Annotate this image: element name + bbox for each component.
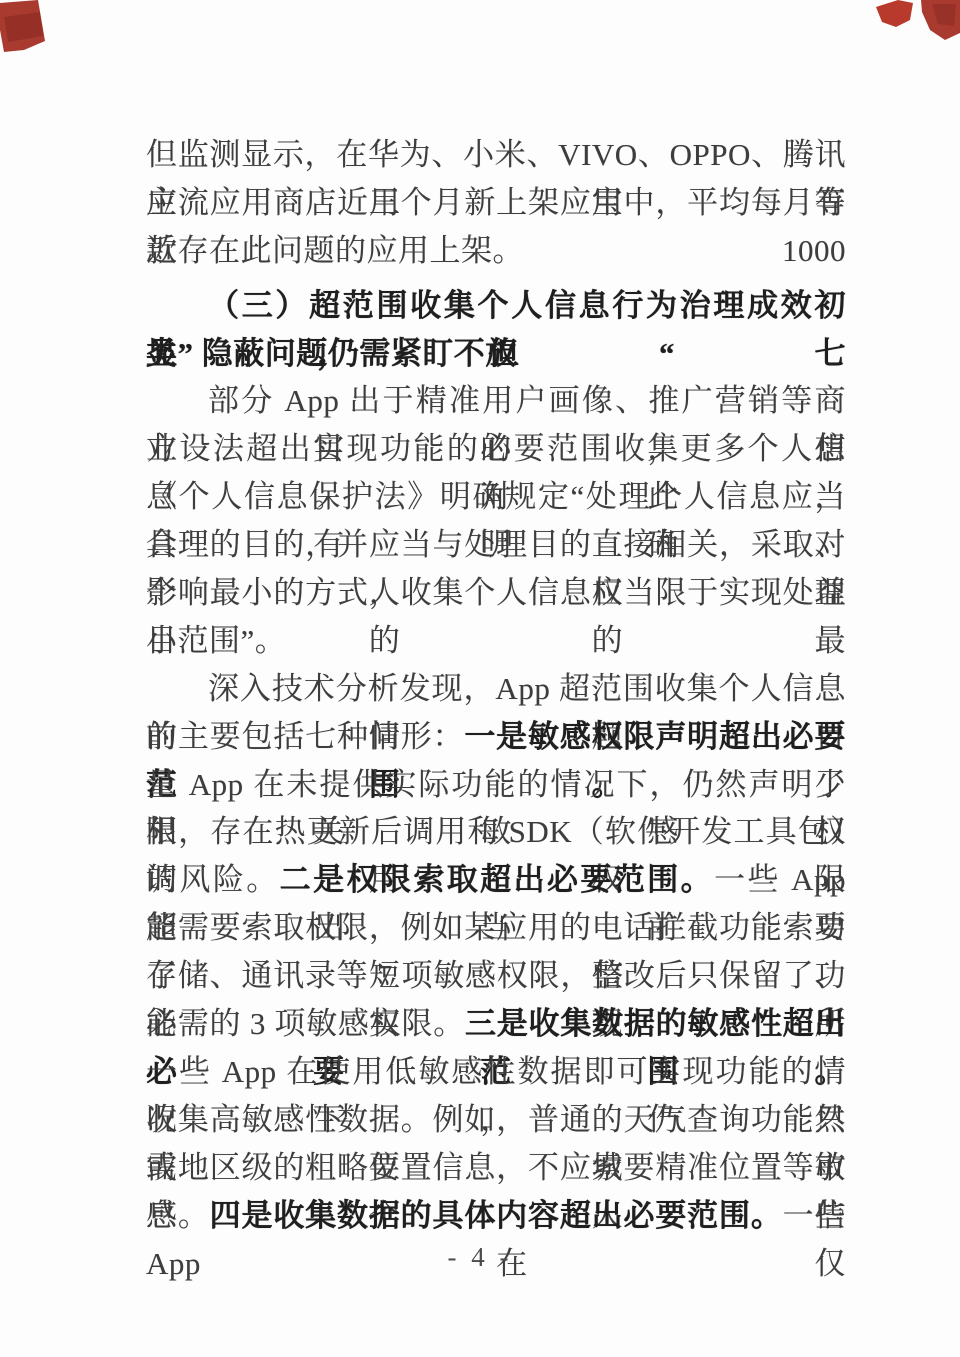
stamp-fragment-top-right-b [921, 0, 960, 40]
stamp-fragment-top-right-shade [932, 4, 956, 26]
text-line: 能需要索取权限，例如某应用的电话拦截功能索要了短信、 [146, 904, 846, 952]
text-line: 但监测显示，在华为、小米、VIVO、OPPO、腾讯应用宝等 [146, 131, 846, 179]
page-number: - 4 - [0, 1242, 960, 1273]
text-line: 息。四是收集数据的具体内容超出必要范围。一些 App 在仅 [146, 1192, 846, 1240]
document-body: 但监测显示，在华为、小米、VIVO、OPPO、腾讯应用宝等主流应用商店近三个月新… [146, 131, 846, 1239]
text-line: 量 App 在未提供实际功能的情况下，仍然声明了相关敏感权 [146, 761, 846, 809]
text-run: 的风险。 [146, 862, 280, 897]
stamp-fragment-top-left [0, 0, 45, 52]
text-line: 存储、通讯录等 7 项敏感权限，整改后只保留了功能实现所 [146, 952, 846, 1000]
bold-text-run: 类” 隐蔽问题仍需紧盯不放 [146, 336, 517, 371]
text-line: 影响最小的方式，收集个人信息应当限于实现处理目的的最 [146, 569, 846, 617]
text-run: 小范围”。 [146, 623, 286, 658]
text-line: 收集高敏感性数据。例如，普通的天气查询功能只需要城市 [146, 1096, 846, 1144]
text-line: 《个人信息保护法》明确规定“处理个人信息应当具有明确、 [146, 473, 846, 521]
heading-line: （三）超范围收集个人信息行为治理成效初显，但“七 [146, 282, 846, 330]
text-line: 方设法超出实现功能的必要范围收集更多个人信息。对此， [146, 425, 846, 473]
text-line: 限，存在热更新后调用和 SDK（软件开发工具包）调用权限 [146, 808, 846, 856]
stamp-fragment-top-left-shade [4, 12, 43, 42]
bold-text-run: 二是权限索取超出必要范围。 [280, 862, 714, 897]
text-line: 主流应用商店近三个月新上架应用中，平均每月有近 1000 [146, 179, 846, 227]
text-line: 一些 App 在使用低敏感性数据即可实现功能的情况下，仍然 [146, 1048, 846, 1096]
bold-text-run: 四是收集数据的具体内容超出必要范围。 [210, 1198, 783, 1233]
text-line: 部分 App 出于精准用户画像、推广营销等商业目的，想 [146, 377, 846, 425]
text-run: 必需的 3 项敏感权限。 [146, 1006, 465, 1041]
text-line: 的风险。二是权限索取超出必要范围。一些 App 超出当前功 [146, 856, 846, 904]
stamp-fragment-top-right-a [876, 0, 913, 27]
document-page: 但监测显示，在华为、小米、VIVO、OPPO、腾讯应用宝等主流应用商店近三个月新… [0, 0, 960, 1357]
text-run: 前主要包括七种情形： [146, 719, 464, 754]
text-line: 合理的目的，并应当与处理目的直接相关，采取对个人权益 [146, 521, 846, 569]
text-line: 必需的 3 项敏感权限。三是收集数据的敏感性超出必要范围。 [146, 1000, 846, 1048]
text-line: 深入技术分析发现，App 超范围收集个人信息的问题目 [146, 665, 846, 713]
text-line: 或地区级的粗略位置信息，不应索要精准位置等敏感个人信 [146, 1144, 846, 1192]
text-line: 前主要包括七种情形：一是敏感权限声明超出必要范围。少 [146, 713, 846, 761]
red-stamp-fragments [0, 0, 960, 64]
text-run: 息。 [146, 1198, 210, 1233]
text-run: 款存在此问题的应用上架。 [146, 233, 524, 268]
